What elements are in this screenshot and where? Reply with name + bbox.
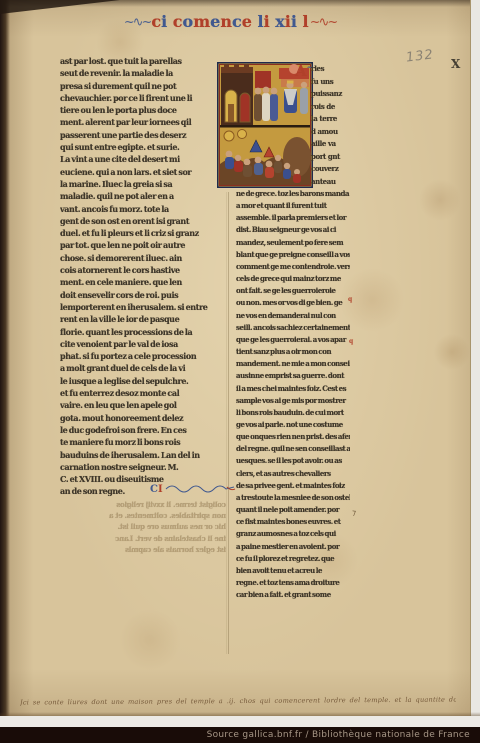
text-line: mandez, seulement po fere sem xyxy=(236,237,350,249)
miniature-illustration xyxy=(217,62,313,188)
rubricated-header: ~∿~ ci comence li xii l ~∿~ xyxy=(40,9,420,33)
text-line: doit ensevelir cors de roi. puis xyxy=(60,289,222,301)
text-line: ment. alerent par leur iornees qil xyxy=(60,116,222,128)
miniature-figure-attendant xyxy=(300,88,308,114)
text-line: duel. et fu li pleurs et li criz si gran… xyxy=(60,227,222,239)
text-line: sample vos ai ge mis por mostrer xyxy=(236,395,350,407)
explicit-mark: C I xyxy=(150,483,237,495)
text-line: lemporterent en iherusalem. si entre xyxy=(60,301,222,313)
showthrough-line: non spiritables. coltmentes. et a xyxy=(58,510,226,521)
text-line: qui sunt entre egipte. et surie. xyxy=(60,141,222,153)
header-flourish-left: ~∿~ xyxy=(124,15,151,30)
text-line: passerent une partie des deserz xyxy=(60,129,222,141)
text-line: ge vos ai parle. not une costume xyxy=(236,419,350,431)
scan-background-strip xyxy=(0,716,480,727)
text-line: euciene. qui a non lars. et siet sor xyxy=(60,166,222,178)
text-line: seill. ancois sachiez certainement xyxy=(236,322,350,334)
text-line: fu uns xyxy=(311,76,353,89)
text-line: a paine mestier en avoient. por xyxy=(236,541,350,553)
header-letter: c xyxy=(232,11,242,33)
text-line: tient sanz plus a oir mon con xyxy=(236,346,350,358)
text-line: gent de son ost en orent isi grant xyxy=(60,215,222,227)
header-letter: c xyxy=(151,11,161,33)
header-title: ci comence li xii l xyxy=(151,11,308,33)
text-line: florie. quant les processions de la xyxy=(60,326,222,338)
text-line: car bien a fait. et grant some xyxy=(236,589,350,601)
source-attribution-label: Source gallica.bnf.fr / Bibliothèque nat… xyxy=(207,730,480,740)
margin-tironian-note: ⁊ xyxy=(351,508,356,517)
text-line: presa si durement quil ne pot xyxy=(60,80,222,92)
binding-edge xyxy=(0,0,10,716)
text-column-left: ast par lost. que tuit la parellasseut d… xyxy=(60,55,222,498)
showthrough-line: ist eglez hornais ale capmls xyxy=(58,544,226,555)
header-letter: o xyxy=(183,11,194,33)
margin-correction-mark: q xyxy=(349,338,353,345)
margin-correction-mark: q xyxy=(348,296,352,303)
text-line: par tot. que len ne poit oir autre xyxy=(60,239,222,251)
text-line: a mor et quant il furent tuit xyxy=(236,200,350,212)
text-line: te maniere fu morz li bons rois xyxy=(60,436,222,448)
text-line: tiere ou len le porta plus doce xyxy=(60,104,222,116)
showthrough-line: ine li chastelains de vert. Lanc xyxy=(58,533,226,544)
text-line: la terre xyxy=(311,113,353,126)
text-line: ne de grece. toz les barons manda xyxy=(236,188,350,200)
text-line: que onques rien nen prist. des aferes xyxy=(236,431,350,443)
text-line: del regne. quil ne sen conseillast al xyxy=(236,443,350,455)
column-ruling-line xyxy=(228,192,229,654)
text-line: la marine. Iluec la greia si sa xyxy=(60,178,222,190)
text-line: La vint a une cite del desert mi xyxy=(60,153,222,165)
text-line: ast par lost. que tuit la parellas xyxy=(60,55,222,67)
text-line: il a mes chei maintes foiz. Cest es xyxy=(236,383,350,395)
text-line: couverz xyxy=(311,163,353,176)
text-line: comment ge me contendroie. vers xyxy=(236,261,350,273)
header-letter: e xyxy=(242,11,252,33)
text-line: bauduins de iherusalem. Lan del in xyxy=(60,449,222,461)
footer-handwritten-note: Jci se conte liures dont une maison pres… xyxy=(20,693,456,706)
text-line: clers, et as autres chevaliers xyxy=(236,468,350,480)
text-line: rent en la ville le ior de pasque xyxy=(60,313,222,325)
text-line: le iusque a leglise del sepulchre. xyxy=(60,375,222,387)
header-letter: l xyxy=(303,11,309,33)
text-line: cite venoient par le val de iosa xyxy=(60,338,222,350)
text-line: cels de grece qui mainz torz me xyxy=(236,273,350,285)
text-line: vaire. en leu que len apele gol xyxy=(60,399,222,411)
text-line: carnation nostre seigneur. M. xyxy=(60,461,222,473)
text-line: port gnt xyxy=(311,151,353,164)
text-line: li bons rois bauduin. de cui mort xyxy=(236,407,350,419)
text-line: le duc godefroi son frere. En ces xyxy=(60,424,222,436)
text-line: ment. en cele maniere. que len xyxy=(60,276,222,288)
text-line: vant. ancois fu morz. tote la xyxy=(60,203,222,215)
source-attribution-bar: Source gallica.bnf.fr / Bibliothèque nat… xyxy=(0,727,480,743)
text-line: ce fu il plorez et regretez. que xyxy=(236,553,350,565)
header-flourish-right: ~∿~ xyxy=(310,15,337,30)
text-line: chevauchier. por ce li firent une li xyxy=(60,92,222,104)
text-line: phat. si fu portez a cele procession xyxy=(60,350,222,362)
text-line: quant il nele poit amender. por xyxy=(236,504,350,516)
text-line: rois de xyxy=(311,101,353,114)
showthrough-line: hic or nes aulmus ore quil ist. xyxy=(58,521,226,532)
text-line: d amou xyxy=(311,126,353,139)
text-column-right: ne de grece. toz les barons mandaa mor e… xyxy=(236,188,350,601)
folio-number-pencil: 132 xyxy=(405,47,434,65)
explicit-letter-c: C xyxy=(150,484,158,495)
text-line: seut de revenir. la maladie la xyxy=(60,67,222,79)
text-line: que ge les guerroierai. a vos apar xyxy=(236,334,350,346)
text-line: et fu enterrez desoz monte cal xyxy=(60,387,222,399)
text-line: maladie. quil ne pot aler en a xyxy=(60,190,222,202)
text-line: uesques. se il les pot avoir. ou as xyxy=(236,455,350,467)
showthrough-line: coligist terme. li xxviij religios xyxy=(58,499,226,510)
folio-number-print: X xyxy=(451,57,460,71)
text-line: gota. mout honoreement delez xyxy=(60,412,222,424)
text-line: puissanz xyxy=(311,88,353,101)
header-letter: c xyxy=(173,11,183,33)
page-right-edge xyxy=(470,0,480,716)
text-line: bien avoit tenu et acreu le xyxy=(236,565,350,577)
text-line: ausinne emprist sa guerre. dont xyxy=(236,370,350,382)
text-line: a trestoute la mesniee de son ostel. xyxy=(236,492,350,504)
text-line: blant que ge preigne conseill a vos xyxy=(236,249,350,261)
text-line: anteau xyxy=(311,176,353,189)
text-line: ce fist maintes bones euvres. et xyxy=(236,516,350,528)
text-line: granz aumosnes a toz cels qui xyxy=(236,528,350,540)
text-line: ne vos en demanderai nul con xyxy=(236,310,350,322)
header-letter: x xyxy=(275,11,285,33)
showthrough-text: coligist terme. li xxviij religiosnon sp… xyxy=(58,499,226,555)
miniature-figure-blue xyxy=(270,94,278,121)
text-line: ou non. mes or vos di ge bien. ge xyxy=(236,297,350,309)
text-line: dist. Biau seigneur ge vos ai ci xyxy=(236,224,350,236)
text-line: mandement. ne mie a mon conseill xyxy=(236,358,350,370)
explicit-letter-i: I xyxy=(158,484,163,495)
header-letter: m xyxy=(193,11,210,33)
text-line: rles xyxy=(311,63,353,76)
text-line: a molt grant duel de cels de la vi xyxy=(60,362,222,374)
text-line: assemble. il parla premiers et lor xyxy=(236,212,350,224)
text-line: regne. et toz tens ama droiture xyxy=(236,577,350,589)
chapter-initial: A~ xyxy=(295,60,312,78)
text-line: de sa privee gent. et maintes foiz xyxy=(236,480,350,492)
header-letter: n xyxy=(220,11,232,33)
miniature-figure-monk xyxy=(254,94,262,121)
text-line: chose. si demorerent iluec. ain xyxy=(60,252,222,264)
miniature-figure-white xyxy=(262,93,270,121)
explicit-flourish xyxy=(165,483,237,495)
text-column-right-narrow: rlesfu unspuissanzrois dela terred amoua… xyxy=(311,63,353,188)
text-line: cois atornerent le cors hastive xyxy=(60,264,222,276)
header-letter: e xyxy=(210,11,220,33)
text-line: aille va xyxy=(311,138,353,151)
text-line: ont fait. se ge les guerroieroie xyxy=(236,285,350,297)
manuscript-scan-page: ~∿~ ci comence li xii l ~∿~ 132 X ast pa… xyxy=(0,0,480,743)
